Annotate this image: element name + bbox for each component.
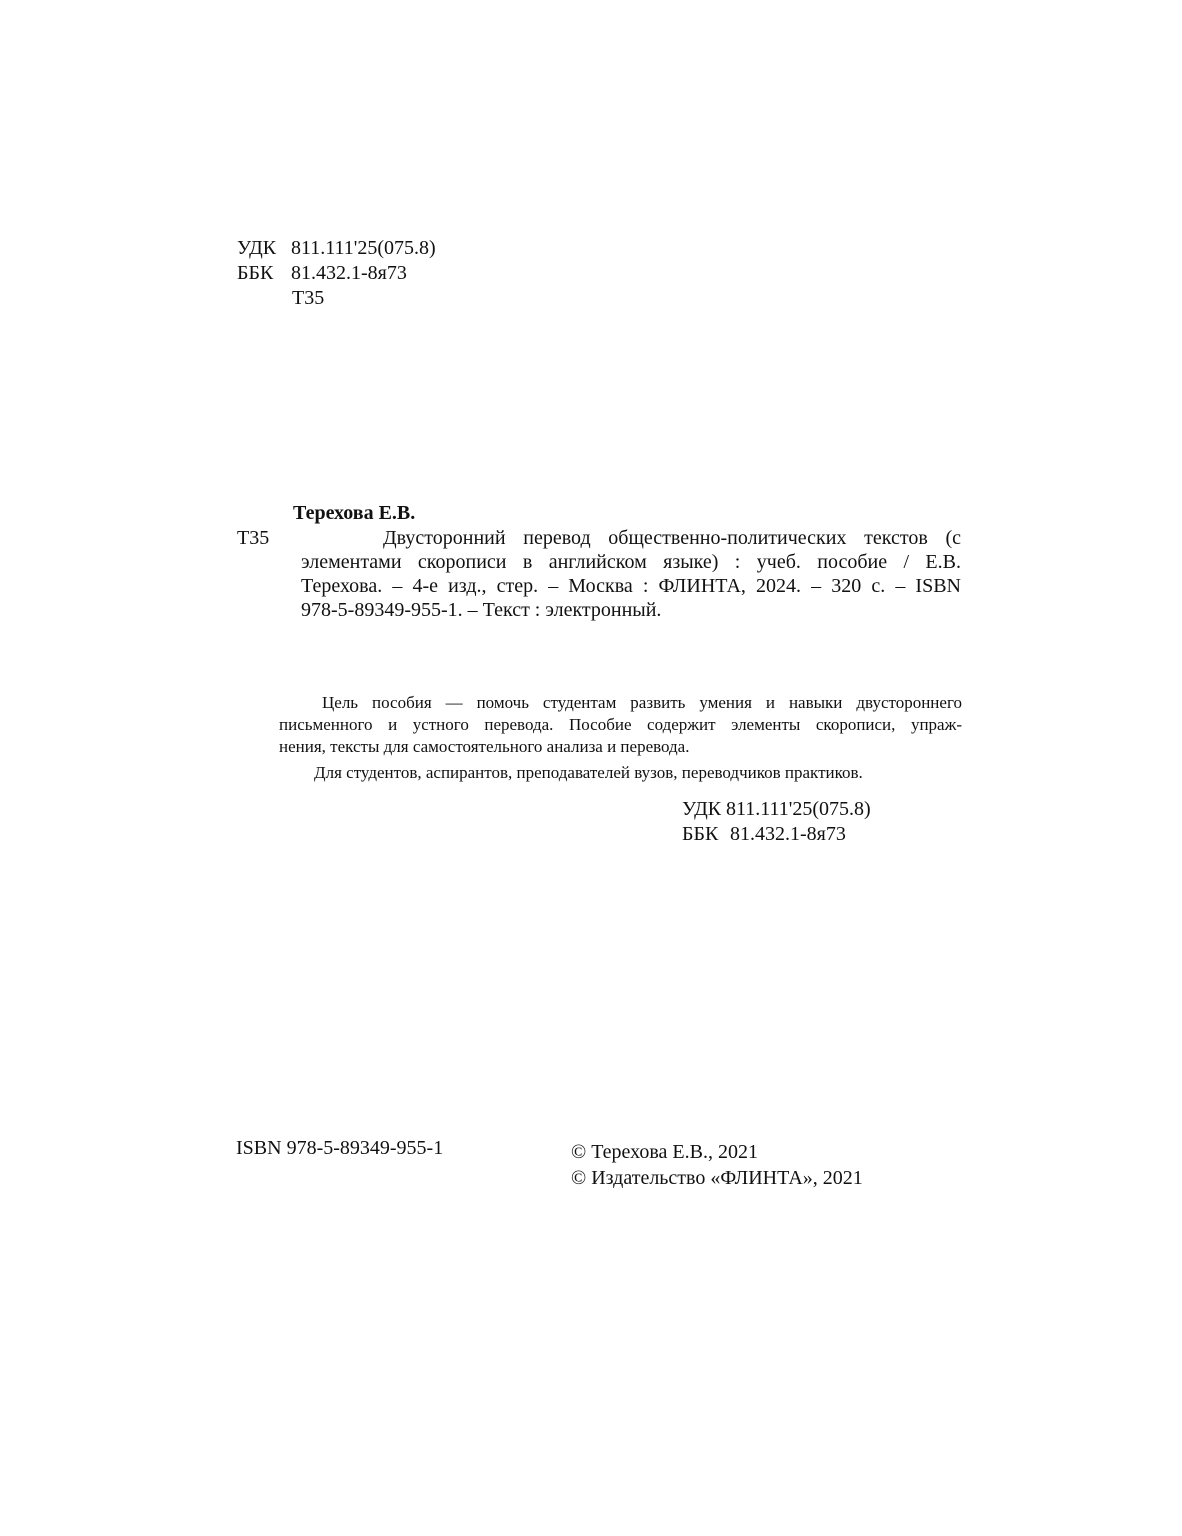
bibliographic-description: Двусторонний перевод общественно-политич… — [301, 526, 961, 622]
author-mark-top: Т35 — [292, 286, 324, 310]
udk-value: 811.111'25(075.8) — [726, 798, 871, 820]
udk-code-bottom: УДК811.111'25(075.8) — [682, 797, 871, 821]
bbk-label: ББК — [237, 261, 291, 285]
target-audience: Для студентов, аспирантов, преподавателе… — [314, 762, 863, 784]
udk-value: 811.111'25(075.8) — [291, 237, 436, 259]
annotation-line: нения, тексты для самостоятельного анали… — [279, 736, 962, 758]
bbk-label: ББК — [682, 822, 730, 846]
copyright-publisher: © Издательство «ФЛИНТА», 2021 — [571, 1166, 863, 1190]
isbn: ISBN 978-5-89349-955-1 — [236, 1136, 443, 1160]
bbk-code-bottom: ББК81.432.1-8я73 — [682, 822, 846, 846]
udk-label: УДК — [237, 236, 291, 260]
author-mark-entry: Т35 — [237, 526, 269, 550]
bib-line: 978-5-89349-955-1. – Текст : электронный… — [301, 598, 961, 622]
bbk-code-top: ББК81.432.1-8я73 — [237, 261, 407, 285]
copyright-author: © Терехова Е.В., 2021 — [571, 1140, 758, 1164]
udk-label: УДК — [682, 797, 726, 821]
annotation-line: Цель пособия — помочь студентам развить … — [279, 692, 962, 714]
bib-line: Двусторонний перевод общественно-политич… — [301, 526, 961, 550]
annotation: Цель пособия — помочь студентам развить … — [279, 692, 962, 758]
udk-code-top: УДК811.111'25(075.8) — [237, 236, 436, 260]
author-name: Терехова Е.В. — [293, 501, 415, 525]
bib-line: элементами скорописи в английском языке)… — [301, 550, 961, 574]
bbk-value: 81.432.1-8я73 — [730, 823, 846, 845]
bbk-value: 81.432.1-8я73 — [291, 262, 407, 284]
bib-line: Терехова. – 4-е изд., стер. – Москва : Ф… — [301, 574, 961, 598]
annotation-line: письменного и устного перевода. Пособие … — [279, 714, 962, 736]
